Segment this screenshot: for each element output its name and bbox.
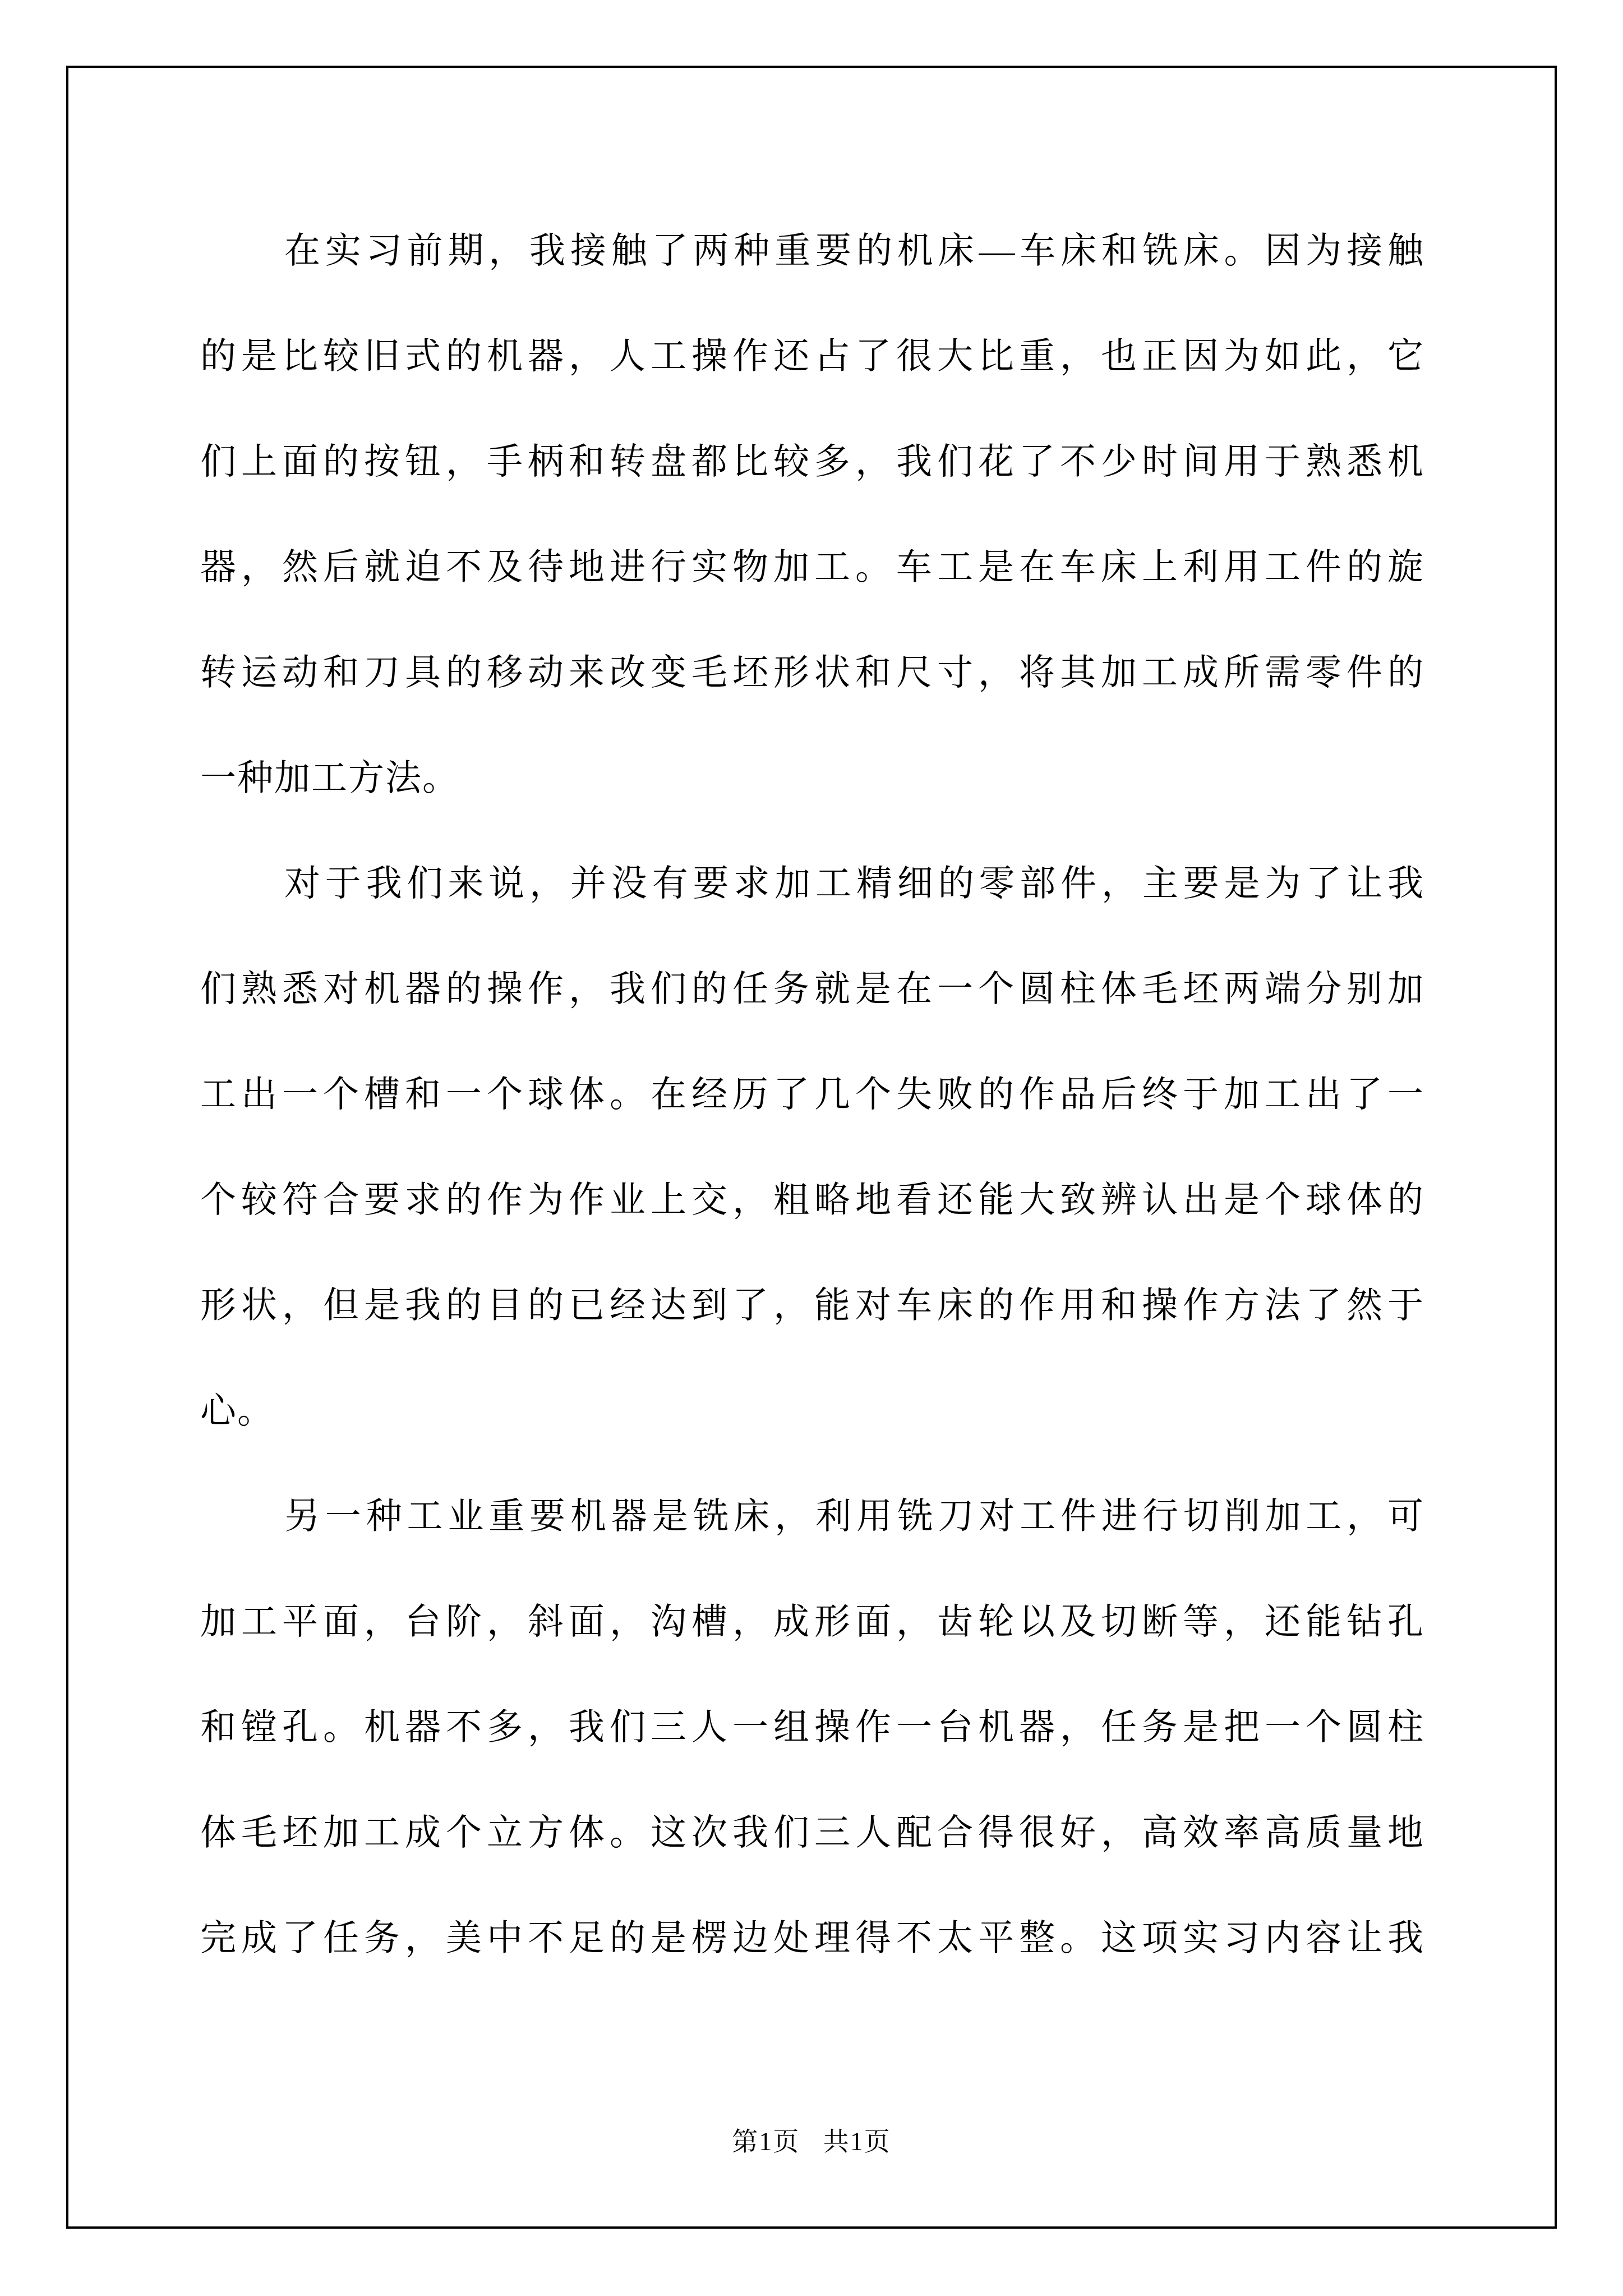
text-line: 和镗孔。机器不多，我们三人一组操作一台机器，任务是把一个圆柱	[200, 1674, 1424, 1780]
text-line: 在实习前期，我接触了两种重要的机床—车床和铣床。因为接触	[200, 198, 1424, 303]
text-line: 加工平面，台阶，斜面，沟槽，成形面，齿轮以及切断等，还能钻孔	[200, 1569, 1424, 1674]
text-line: 另一种工业重要机器是铣床，利用铣刀对工件进行切削加工，可	[200, 1464, 1424, 1569]
text-line: 的是比较旧式的机器，人工操作还占了很大比重，也正因为如此，它	[200, 303, 1424, 409]
text-line: 个较符合要求的作为作业上交，粗略地看还能大致辨认出是个球体的	[200, 1147, 1424, 1253]
text-line: 转运动和刀具的移动来改变毛坯形状和尺寸，将其加工成所需零件的	[200, 620, 1424, 725]
text-line: 形状，但是我的目的已经达到了，能对车床的作用和操作方法了然于	[200, 1253, 1424, 1358]
text-line: 一种加工方法。	[200, 725, 1424, 831]
page: 在实习前期，我接触了两种重要的机床—车床和铣床。因为接触 的是比较旧式的机器，人…	[0, 0, 1623, 2296]
text-line: 工出一个槽和一个球体。在经历了几个失败的作品后终于加工出了一	[200, 1042, 1424, 1147]
text-line: 完成了任务，美中不足的是楞边处理得不太平整。这项实习内容让我	[200, 1885, 1424, 1991]
text-line: 们熟悉对机器的操作，我们的任务就是在一个圆柱体毛坯两端分别加	[200, 936, 1424, 1042]
text-line: 们上面的按钮，手柄和转盘都比较多，我们花了不少时间用于熟悉机	[200, 409, 1424, 514]
text-line: 体毛坯加工成个立方体。这次我们三人配合得很好，高效率高质量地	[200, 1780, 1424, 1885]
text-line: 器，然后就迫不及待地进行实物加工。车工是在车床上利用工件的旋	[200, 514, 1424, 620]
text-line: 心。	[200, 1358, 1424, 1464]
text-line: 对于我们来说，并没有要求加工精细的零部件，主要是为了让我	[200, 831, 1424, 936]
document-text: 在实习前期，我接触了两种重要的机床—车床和铣床。因为接触 的是比较旧式的机器，人…	[200, 198, 1424, 1991]
page-footer: 第1页 共1页	[0, 2125, 1623, 2159]
